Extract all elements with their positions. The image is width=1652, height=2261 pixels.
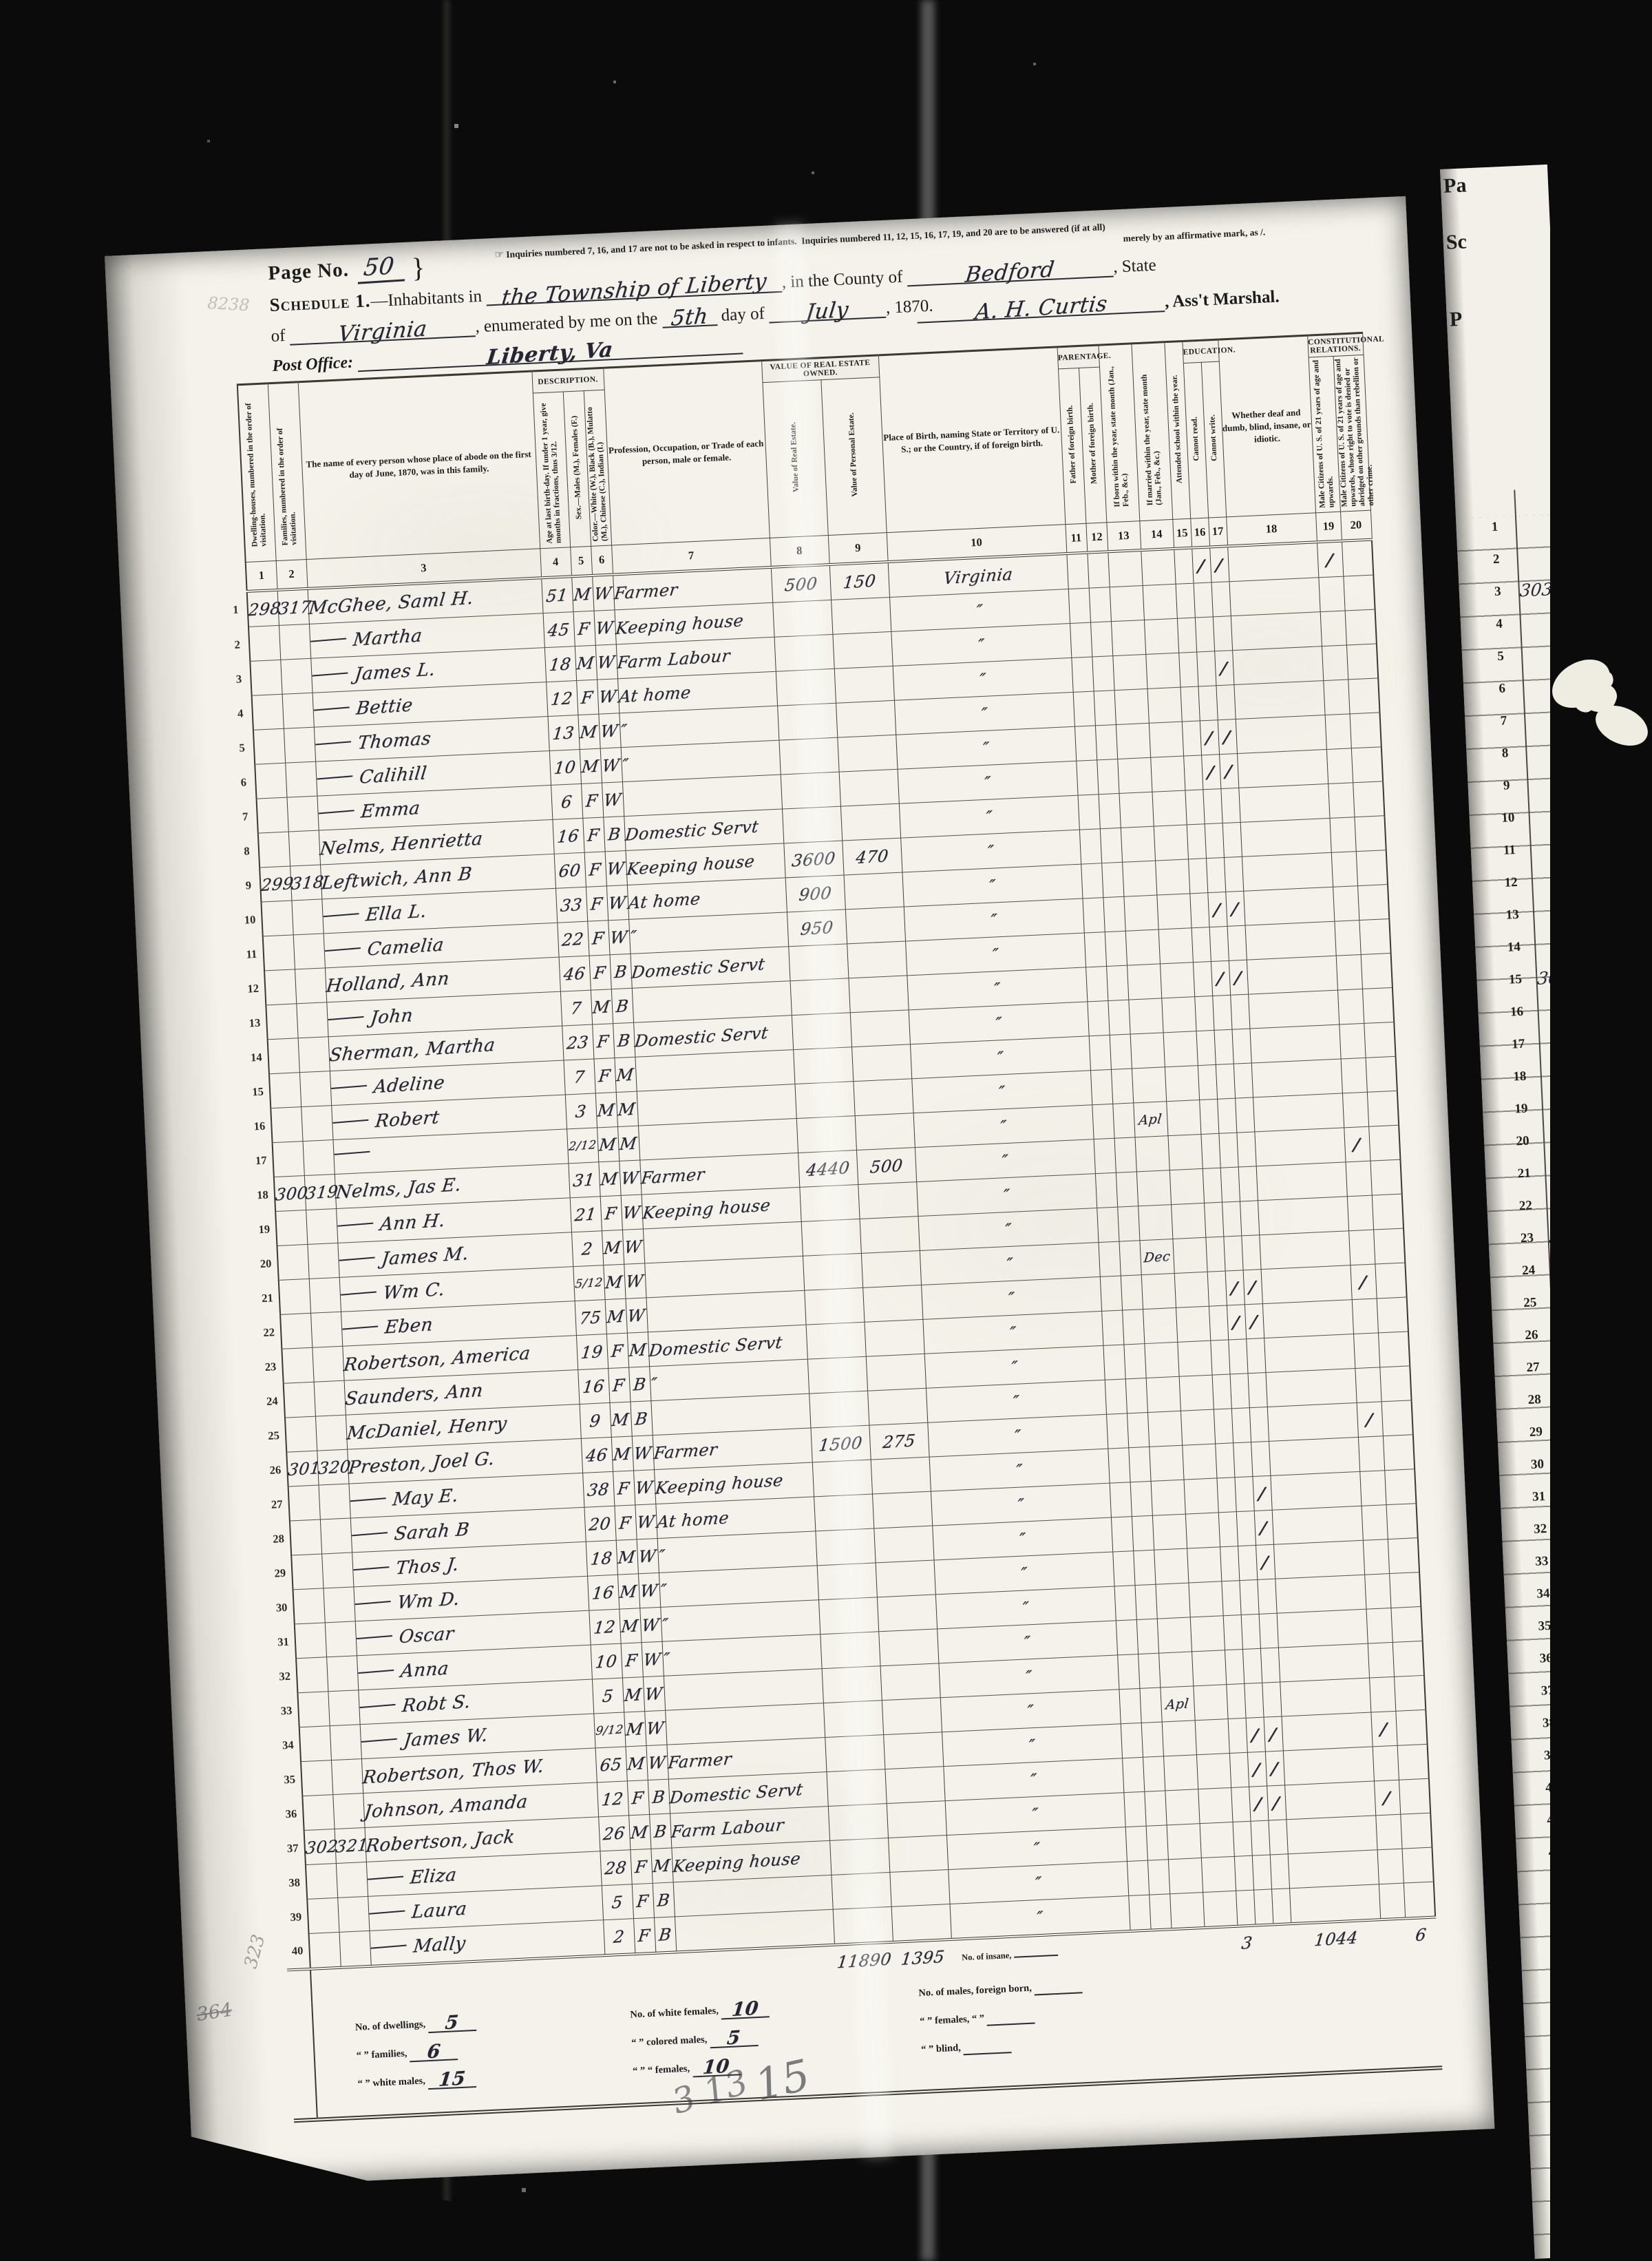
cell-dwelling bbox=[261, 901, 293, 936]
cell-disability bbox=[1229, 578, 1320, 616]
adjacent-line-number: 9 bbox=[1491, 778, 1522, 795]
cell-family bbox=[332, 1794, 364, 1829]
cell-married-month bbox=[1174, 1272, 1209, 1307]
cell-male-citizen bbox=[1341, 1058, 1367, 1093]
cell-mother-foreign bbox=[1092, 656, 1114, 691]
cell-real-estate bbox=[794, 1082, 854, 1119]
continuation-dash bbox=[352, 1559, 389, 1570]
cell-male-citizen bbox=[1358, 1436, 1384, 1472]
line-number: 4 bbox=[229, 695, 253, 731]
cell-disability bbox=[1256, 1162, 1347, 1201]
cell-cannot-read bbox=[1241, 1614, 1260, 1649]
column-heading: Place of Birth, naming State or Territor… bbox=[878, 347, 1066, 533]
cell-married-month bbox=[1141, 549, 1175, 586]
total-personal-estate: 1395 bbox=[893, 1939, 953, 1975]
cell-personal-estate bbox=[861, 1251, 921, 1288]
cell-real-estate bbox=[827, 1769, 887, 1807]
cell-born-month bbox=[1151, 1480, 1185, 1515]
cell-age: 21 bbox=[570, 1197, 602, 1232]
cell-cannot-read bbox=[1216, 1064, 1235, 1099]
cell-school bbox=[1178, 652, 1198, 687]
cell-vote-denied bbox=[1392, 1641, 1424, 1676]
cell-male-citizen: / bbox=[1374, 1780, 1400, 1816]
line-number: 16 bbox=[247, 1108, 272, 1144]
cell-cannot-read bbox=[1223, 1236, 1242, 1271]
cell-cannot-read bbox=[1212, 995, 1231, 1030]
cell-dwelling bbox=[288, 1485, 320, 1521]
cell-dwelling bbox=[266, 1004, 297, 1040]
adjacent-line-number: 15 bbox=[1500, 971, 1531, 988]
cell-male-citizen bbox=[1379, 1883, 1405, 1920]
cell-dwelling bbox=[257, 797, 288, 833]
cell-vote-denied bbox=[1395, 1710, 1427, 1745]
cell-family bbox=[303, 1140, 335, 1176]
cell-age: 16 bbox=[578, 1369, 609, 1405]
totals-blank bbox=[1130, 1931, 1152, 1964]
cell-vote-denied bbox=[1378, 1332, 1410, 1367]
cell-mother-foreign bbox=[1141, 1722, 1163, 1757]
cell-married-month bbox=[1144, 618, 1178, 654]
cell-mother-foreign bbox=[1089, 587, 1111, 622]
cell-school bbox=[1214, 1409, 1233, 1444]
cell-real-estate bbox=[817, 1563, 877, 1600]
cell-mother-foreign bbox=[1090, 622, 1112, 657]
line-number: 32 bbox=[273, 1659, 297, 1694]
cell-personal-estate bbox=[891, 1904, 951, 1942]
cell-cannot-write bbox=[1230, 994, 1249, 1029]
cell-cannot-write: / bbox=[1265, 1751, 1284, 1786]
cell-vote-denied bbox=[1357, 885, 1389, 921]
cell-born-month bbox=[1168, 1858, 1203, 1894]
column-number: 1 bbox=[246, 561, 277, 591]
cell-color: M bbox=[627, 1332, 649, 1367]
cell-family bbox=[325, 1621, 357, 1657]
cell-cannot-read: / bbox=[1225, 1270, 1245, 1305]
cell-age: 46 bbox=[581, 1437, 613, 1473]
cell-mother-foreign bbox=[1135, 1584, 1157, 1619]
cell-married-month bbox=[1169, 1168, 1204, 1204]
cell-real-estate bbox=[807, 1356, 867, 1394]
cell-personal-estate bbox=[865, 1319, 924, 1356]
cell-color: W bbox=[639, 1607, 661, 1642]
cell-father-foreign bbox=[1079, 829, 1101, 864]
cell-married-month bbox=[1152, 790, 1186, 826]
adjacent-line-number: 13 bbox=[1497, 907, 1528, 923]
cell-vote-denied bbox=[1377, 1297, 1408, 1333]
cell-color: W bbox=[637, 1539, 659, 1574]
continuation-dash bbox=[311, 665, 348, 676]
cell-vote-denied bbox=[1342, 540, 1373, 576]
cell-born-month bbox=[1135, 1136, 1169, 1172]
adjacent-page-text-fragment: P bbox=[1449, 308, 1463, 332]
cell-school bbox=[1187, 824, 1206, 859]
cell-real-estate bbox=[799, 1185, 859, 1222]
line-number: 39 bbox=[284, 1899, 308, 1935]
column-number: 14 bbox=[1139, 519, 1174, 550]
cell-family: 320 bbox=[317, 1449, 348, 1485]
cell-cannot-read bbox=[1250, 1820, 1269, 1855]
cell-personal-estate bbox=[871, 1457, 931, 1494]
cell-real-estate bbox=[809, 1391, 869, 1428]
cell-cannot-write bbox=[1241, 1235, 1260, 1270]
cell-born-month bbox=[1147, 1411, 1182, 1447]
cell-married-month bbox=[1155, 859, 1189, 895]
cell-born-month bbox=[1141, 1274, 1176, 1310]
cell-color: B bbox=[630, 1401, 652, 1436]
line-number: 12 bbox=[241, 971, 266, 1007]
cell-cannot-write bbox=[1240, 1201, 1259, 1236]
cell-vote-denied bbox=[1343, 575, 1375, 611]
cell-cannot-read bbox=[1239, 1579, 1258, 1615]
cell-cannot-write bbox=[1235, 1097, 1254, 1133]
dust-specks bbox=[0, 0, 1, 1]
cell-real-estate bbox=[792, 1013, 851, 1050]
cell-sex: F bbox=[581, 783, 603, 818]
total-school: 3 bbox=[1237, 1926, 1256, 1959]
continuation-dash bbox=[327, 1009, 363, 1020]
cell-mother-foreign bbox=[1114, 1137, 1136, 1172]
cell-married-month bbox=[1184, 1478, 1218, 1514]
cell-father-foreign bbox=[1105, 1379, 1127, 1414]
cell-mother-foreign bbox=[1143, 1756, 1165, 1791]
cell-dwelling bbox=[271, 1107, 302, 1143]
cell-school bbox=[1221, 1581, 1240, 1616]
cell-cannot-write: / bbox=[1264, 1716, 1283, 1752]
cell-mother-foreign bbox=[1116, 1172, 1138, 1207]
cell-cannot-write: / bbox=[1256, 1544, 1275, 1579]
cell-vote-denied bbox=[1400, 1813, 1432, 1849]
cell-personal-estate bbox=[885, 1767, 944, 1804]
cell-cannot-read bbox=[1236, 1511, 1256, 1546]
cell-family bbox=[315, 1415, 347, 1451]
cell-cannot-read bbox=[1196, 651, 1216, 686]
cell-vote-denied bbox=[1356, 850, 1388, 886]
cell-dwelling bbox=[264, 969, 296, 1005]
cell-color: W bbox=[621, 1195, 643, 1230]
summary-item: “ ” white males, 15 bbox=[357, 2057, 633, 2092]
cell-disability bbox=[1275, 1575, 1366, 1613]
cell-born-month bbox=[1128, 998, 1163, 1034]
totals-blank bbox=[1255, 1924, 1274, 1958]
diagonal-number-mark: 323 bbox=[240, 1933, 269, 1971]
cell-dwelling bbox=[307, 1897, 339, 1933]
cell-color: W bbox=[638, 1573, 660, 1608]
cell-disability bbox=[1262, 1300, 1353, 1338]
adjacent-line-number: 19 bbox=[1506, 1101, 1537, 1117]
scan-background: Page No. 50 } ☞ Inquiries numbered 7, 16… bbox=[0, 0, 1652, 2261]
continuation-dash bbox=[368, 1903, 405, 1914]
cell-father-foreign bbox=[1092, 1104, 1114, 1139]
line-number: 37 bbox=[281, 1831, 306, 1866]
cell-mother-foreign bbox=[1122, 1310, 1144, 1345]
continuation-dash bbox=[370, 1937, 406, 1948]
cell-cannot-read: / bbox=[1227, 1305, 1246, 1340]
cell-family bbox=[306, 1208, 337, 1244]
line-number: 13 bbox=[242, 1005, 267, 1041]
cell-born-month bbox=[1162, 1721, 1196, 1756]
cell-married-month bbox=[1145, 653, 1180, 688]
cell-age: 18 bbox=[586, 1540, 617, 1576]
cell-dwelling bbox=[302, 1795, 334, 1831]
cell-family bbox=[284, 727, 315, 763]
cell-disability bbox=[1245, 921, 1336, 960]
cell-school bbox=[1233, 1821, 1252, 1856]
cell-school bbox=[1220, 1546, 1239, 1581]
stray-pencil-mark: 15 bbox=[750, 2050, 814, 2110]
cell-cannot-write bbox=[1259, 1613, 1278, 1648]
cell-disability bbox=[1286, 1816, 1377, 1854]
cell-vote-denied bbox=[1389, 1573, 1421, 1608]
cell-dwelling bbox=[253, 728, 285, 764]
adjacent-line-number: 11 bbox=[1494, 842, 1525, 859]
cell-father-foreign bbox=[1117, 1654, 1139, 1690]
cell-mother-foreign bbox=[1108, 1000, 1130, 1035]
cell-father-foreign bbox=[1112, 1551, 1134, 1586]
cell-cannot-write bbox=[1251, 1441, 1270, 1476]
cell-color: W bbox=[593, 610, 615, 645]
cell-dwelling bbox=[293, 1588, 325, 1624]
cell-father-foreign bbox=[1099, 1241, 1121, 1276]
cell-disability bbox=[1237, 750, 1328, 788]
adjacent-line-number: 30 bbox=[1522, 1457, 1553, 1473]
cell-born-month: Apl bbox=[1133, 1102, 1167, 1137]
cell-cannot-write: / bbox=[1254, 1510, 1273, 1545]
column-heading: Whether deaf and dumb, blind, insane, or… bbox=[1218, 335, 1315, 517]
cell-mother-foreign bbox=[1127, 1413, 1149, 1448]
cell-disability bbox=[1288, 1850, 1379, 1889]
cell-vote-denied bbox=[1353, 781, 1384, 817]
cell-married-month bbox=[1182, 1444, 1216, 1480]
cell-sex: F bbox=[621, 1643, 643, 1678]
continuation-dash bbox=[367, 1869, 403, 1880]
cell-father-foreign bbox=[1106, 1413, 1128, 1449]
cell-disability bbox=[1240, 818, 1331, 856]
continuation-dash bbox=[341, 1318, 378, 1329]
cell-personal-estate bbox=[872, 1491, 932, 1528]
cell-sex: M bbox=[580, 748, 602, 784]
cell-family bbox=[296, 1002, 328, 1038]
cell-male-citizen bbox=[1346, 1161, 1372, 1197]
cell-school bbox=[1185, 790, 1204, 825]
cell-school bbox=[1200, 1133, 1220, 1168]
cell-color: W bbox=[605, 851, 627, 886]
line-number: 26 bbox=[263, 1452, 288, 1488]
cell-father-foreign bbox=[1097, 1207, 1119, 1242]
cell-sex: M bbox=[622, 1677, 644, 1712]
cell-married-month bbox=[1187, 1547, 1221, 1583]
cell-born-month bbox=[1146, 1376, 1180, 1412]
cell-born-month bbox=[1110, 586, 1144, 622]
line-gutter bbox=[287, 1969, 312, 2004]
cell-dwelling bbox=[282, 1347, 313, 1383]
cell-age: 26 bbox=[598, 1816, 630, 1851]
line-number: 15 bbox=[246, 1074, 271, 1110]
total-vote-denied: 6 bbox=[1405, 1917, 1437, 1952]
cell-married-month bbox=[1201, 1856, 1236, 1892]
cell-color: B bbox=[654, 1917, 676, 1953]
cell-real-estate bbox=[779, 737, 838, 775]
cell-mother-foreign bbox=[1119, 1241, 1141, 1276]
cell-color: M bbox=[614, 1057, 636, 1092]
cell-disability bbox=[1248, 990, 1339, 1029]
cell-family bbox=[321, 1553, 353, 1588]
total-real-estate: 11890 bbox=[834, 1942, 894, 1978]
totals-blank bbox=[1151, 1929, 1173, 1963]
line-number: 18 bbox=[251, 1177, 275, 1213]
line-number: 9 bbox=[236, 867, 261, 903]
cell-color: W bbox=[642, 1641, 664, 1676]
cell-male-citizen bbox=[1353, 1333, 1379, 1369]
line-number: 31 bbox=[271, 1624, 296, 1660]
cell-disability bbox=[1269, 1437, 1359, 1475]
cell-personal-estate bbox=[844, 872, 904, 909]
cell-mother-foreign bbox=[1099, 793, 1121, 828]
cell-school bbox=[1226, 1683, 1245, 1718]
cell-married-month bbox=[1156, 894, 1191, 929]
cell-dwelling bbox=[295, 1623, 326, 1659]
cell-vote-denied bbox=[1359, 919, 1390, 955]
cell-school bbox=[1231, 1787, 1250, 1822]
cell-father-foreign bbox=[1122, 1757, 1144, 1792]
line-number: 36 bbox=[279, 1796, 304, 1832]
cell-disability bbox=[1273, 1540, 1364, 1579]
cell-real-estate: 1500 bbox=[811, 1425, 871, 1462]
cell-disability bbox=[1233, 681, 1324, 719]
adjacent-line-number: 16 bbox=[1501, 1004, 1532, 1020]
county-value: Bedford bbox=[964, 257, 1056, 287]
adjacent-line-number: 12 bbox=[1496, 874, 1527, 891]
cell-cannot-write: / bbox=[1252, 1475, 1271, 1511]
cell-dwelling bbox=[291, 1554, 323, 1590]
cell-age: 2 bbox=[603, 1919, 635, 1955]
adjacent-line-number: 7 bbox=[1488, 713, 1519, 730]
cell-born-month: Dec bbox=[1139, 1239, 1174, 1275]
cell-vote-denied bbox=[1394, 1675, 1426, 1711]
cell-born-month bbox=[1119, 792, 1154, 828]
cell-disability bbox=[1238, 784, 1329, 822]
cell-born-month bbox=[1123, 895, 1158, 931]
cell-born-month bbox=[1138, 1205, 1172, 1241]
cell-male-citizen bbox=[1369, 1676, 1395, 1712]
cell-cannot-read bbox=[1195, 617, 1214, 652]
cell-sex: F bbox=[584, 852, 606, 887]
line-number: 29 bbox=[268, 1555, 293, 1591]
cell-personal-estate bbox=[839, 769, 899, 806]
cell-father-foreign bbox=[1103, 1345, 1125, 1380]
cell-father-foreign bbox=[1076, 760, 1098, 795]
cell-sex: F bbox=[630, 1849, 652, 1884]
cell-disability bbox=[1258, 1197, 1348, 1235]
cell-born-month bbox=[1132, 1067, 1166, 1103]
cell-color: W bbox=[602, 782, 624, 817]
cell-school bbox=[1207, 1271, 1227, 1306]
cell-dwelling bbox=[306, 1864, 337, 1900]
cell-mother-foreign bbox=[1130, 1481, 1152, 1516]
adjacent-line-number: 17 bbox=[1503, 1036, 1534, 1053]
cell-school bbox=[1177, 618, 1196, 653]
line-number: 22 bbox=[257, 1314, 282, 1350]
cell-dwelling bbox=[258, 832, 290, 867]
line-number: 23 bbox=[258, 1349, 283, 1385]
cell-family bbox=[288, 830, 320, 866]
line-number: 1 bbox=[224, 591, 248, 628]
cell-sex: F bbox=[600, 1195, 622, 1230]
adjacent-line-number: 18 bbox=[1504, 1069, 1535, 1085]
continuation-dash bbox=[317, 803, 354, 814]
cell-age: 75 bbox=[575, 1300, 606, 1336]
cell-father-foreign bbox=[1071, 657, 1093, 692]
cell-disability bbox=[1277, 1609, 1368, 1648]
cell-family: 317 bbox=[277, 589, 309, 625]
cell-real-estate bbox=[804, 1287, 864, 1325]
cell-color: W bbox=[643, 1676, 665, 1711]
cell-cannot-read: / bbox=[1211, 960, 1230, 996]
cell-sex: M bbox=[611, 1436, 633, 1471]
cell-male-citizen bbox=[1347, 1195, 1373, 1231]
cell-cannot-write bbox=[1224, 856, 1243, 892]
line-number: 35 bbox=[277, 1762, 302, 1798]
cell-male-citizen bbox=[1339, 1023, 1365, 1059]
cell-age: 2 bbox=[571, 1231, 603, 1267]
cell-personal-estate bbox=[851, 1044, 911, 1082]
cell-father-foreign bbox=[1123, 1791, 1145, 1827]
cell-born-month bbox=[1121, 826, 1155, 862]
cell-male-citizen: / bbox=[1370, 1711, 1397, 1747]
cell-age: 5 bbox=[592, 1678, 624, 1714]
cell-family bbox=[320, 1518, 352, 1554]
cell-color: W bbox=[644, 1710, 666, 1745]
cell-school bbox=[1216, 1477, 1236, 1513]
cell-mother-foreign bbox=[1087, 551, 1109, 588]
cell-real-estate: 3600 bbox=[783, 841, 843, 878]
cell-married-month bbox=[1196, 1754, 1231, 1789]
cell-family bbox=[280, 658, 312, 694]
cell-vote-denied bbox=[1386, 1504, 1418, 1539]
cell-school bbox=[1218, 1512, 1238, 1547]
cell-color: B bbox=[613, 1022, 635, 1058]
cell-married-month bbox=[1180, 1409, 1215, 1445]
adjacent-line-number: 27 bbox=[1518, 1360, 1549, 1376]
cell-personal-estate bbox=[831, 598, 891, 635]
cell-vote-denied bbox=[1390, 1606, 1422, 1642]
cell-sex: F bbox=[614, 1505, 636, 1540]
cell-disability bbox=[1243, 887, 1334, 925]
cell-male-citizen bbox=[1333, 886, 1359, 922]
cell-male-citizen bbox=[1352, 1298, 1378, 1334]
continuation-dash bbox=[349, 1491, 385, 1502]
cell-mother-foreign bbox=[1133, 1550, 1155, 1585]
cell-color: B bbox=[648, 1779, 670, 1814]
cell-sex: M bbox=[617, 1574, 639, 1609]
cell-school bbox=[1199, 1099, 1218, 1134]
cell-father-foreign bbox=[1078, 795, 1100, 830]
cell-sex: F bbox=[593, 1058, 615, 1093]
cell-real-estate bbox=[822, 1666, 882, 1703]
cell-father-foreign bbox=[1100, 1276, 1122, 1311]
continuation-dash bbox=[361, 1731, 397, 1742]
continuation-dash bbox=[310, 631, 346, 642]
cell-family: 319 bbox=[304, 1175, 336, 1210]
cell-dwelling: 301 bbox=[286, 1451, 318, 1486]
cell-mother-foreign bbox=[1103, 896, 1125, 932]
cell-sex: F bbox=[573, 611, 595, 646]
cell-family bbox=[328, 1690, 359, 1726]
cell-color: W bbox=[608, 919, 630, 954]
cell-age: 45 bbox=[543, 612, 575, 648]
cell-sex: M bbox=[595, 1093, 617, 1128]
cell-married-month bbox=[1177, 1340, 1211, 1376]
cell-sex: F bbox=[576, 680, 598, 715]
